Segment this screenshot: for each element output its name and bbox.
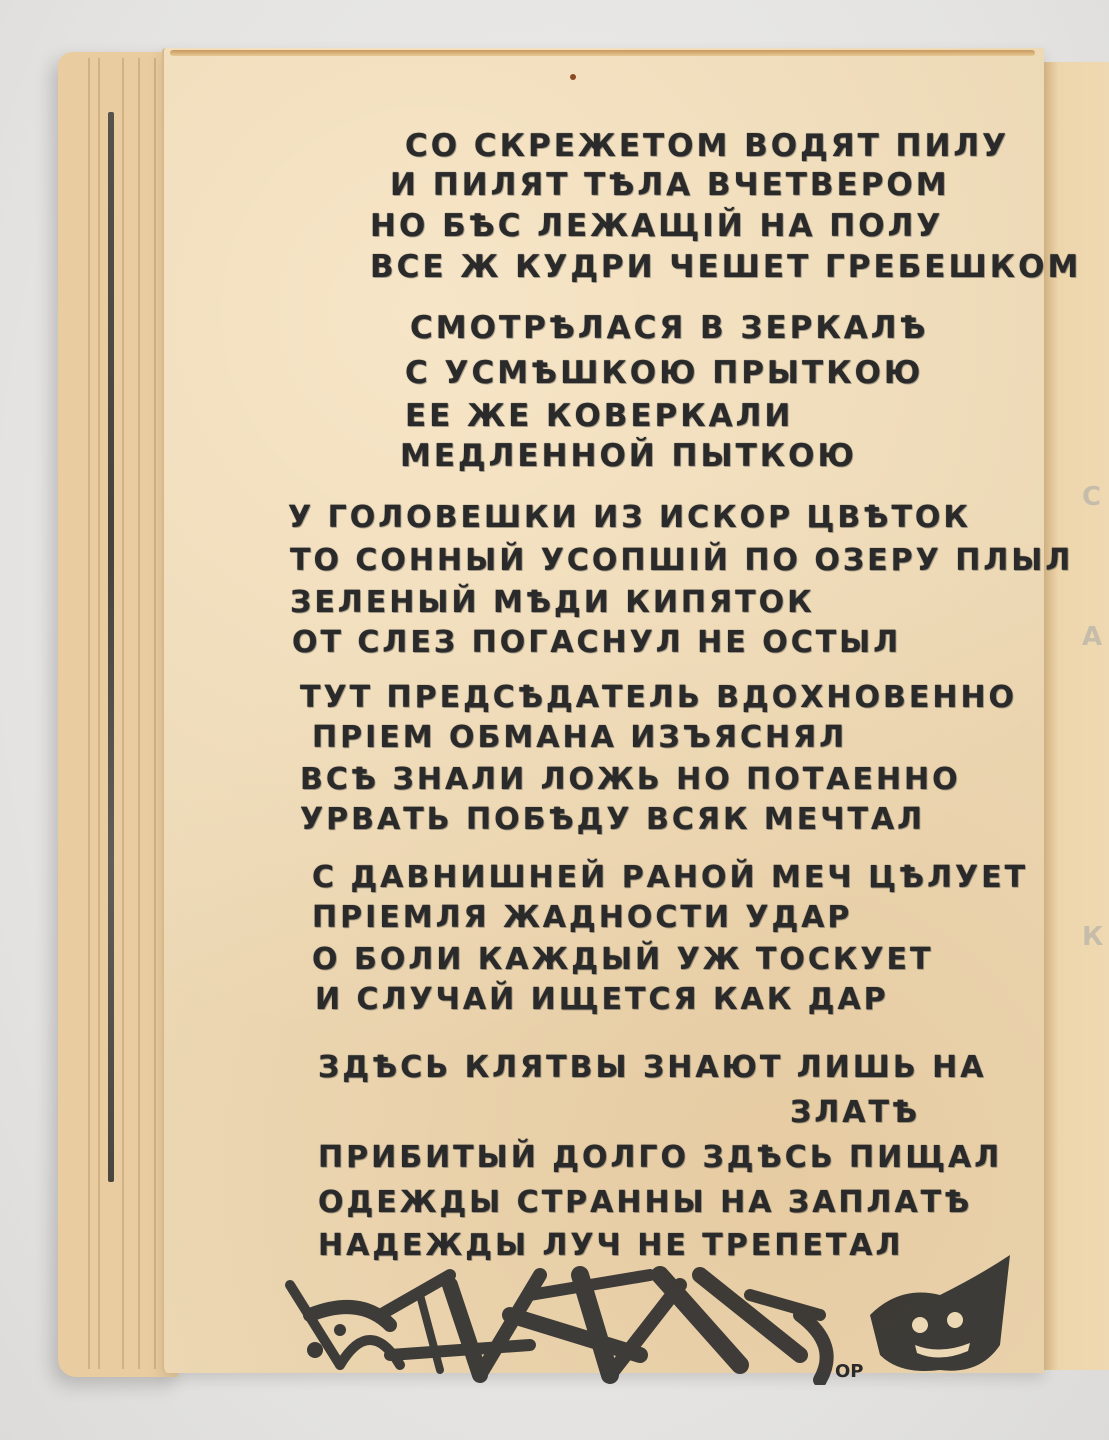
poem-line: прiемля жадности удар xyxy=(312,900,852,935)
poem-line: но бѣс лежащiй на полу xyxy=(370,208,943,244)
poem-line: златѣ xyxy=(790,1095,920,1130)
poem-line: у головешки из искор цвѣток xyxy=(288,500,971,535)
poem: со скрежетом водят пилу и пилят тѣла вче… xyxy=(0,0,1109,1440)
poem-line: от слез погаснул не остыл xyxy=(292,625,901,660)
poem-line: с давнишней раной меч цѣлует xyxy=(312,860,1028,895)
crayon-illustration: ОР xyxy=(280,1255,1040,1385)
poem-line: одежды странны на заплатѣ xyxy=(318,1185,972,1220)
poem-line: и случай ищется как дар xyxy=(315,982,889,1017)
poem-line: со скрежетом водят пилу xyxy=(405,128,1009,164)
poem-line: здѣсь клятвы знают лишь на xyxy=(318,1050,986,1085)
poem-line: о боли каждый уж тоскует xyxy=(312,942,934,977)
poem-line: смотрѣлася в зеркалѣ xyxy=(410,310,929,346)
illustration-drawing-icon: ОР xyxy=(280,1255,1040,1385)
poem-line: и пилят тѣла вчетвером xyxy=(390,167,950,203)
poem-line: то сонный усопшiй по озеру плыл xyxy=(290,543,1073,578)
poem-line: все ж кудри чешет гребешком xyxy=(370,249,1081,285)
poem-line: с усмѣшкою прыткою xyxy=(405,355,923,391)
artist-monogram: ОР xyxy=(835,1361,864,1382)
poem-line: медленной пыткою xyxy=(400,438,857,474)
poem-line: прiем обмана изъяснял xyxy=(312,720,847,755)
poem-line: тут предсѣдатель вдохновенно xyxy=(300,680,1017,715)
poem-line: всѣ знали ложь но потаенно xyxy=(300,762,961,797)
poem-line: зеленый мѣди кипяток xyxy=(290,585,815,620)
poem-line: урвать побѣду всяк мечтал xyxy=(300,802,925,837)
poem-line: ее же коверкали xyxy=(405,398,793,434)
poem-line: прибитый долго здѣсь пищал xyxy=(318,1140,1002,1175)
